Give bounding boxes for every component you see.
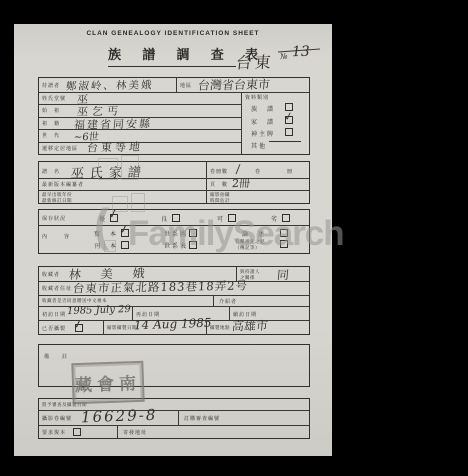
box-owner-visits: 收藏者 林 美 娥 與持譜人 之關係 同 收藏者住址 台東市正氣北路183巷18… — [38, 266, 310, 335]
collection-seal-stamp: 藏會南 — [71, 361, 144, 404]
locality-label: 地區 — [180, 82, 192, 89]
checkbox-copy-request — [73, 428, 81, 436]
material-option-family-genealogy: 家 譜 — [251, 117, 275, 126]
order-review-number-label: 訂購審查編號 — [184, 415, 220, 422]
film-roll-number-label: 攝影卷編號 — [42, 415, 72, 422]
material-option-ancestral-tablet: 神主牌 — [251, 129, 275, 138]
familysearch-watermark: FamilySearch — [128, 214, 344, 254]
microfilm-shoot-label: 縮影拍攝 — [210, 192, 230, 197]
v-divider — [178, 410, 179, 425]
surname-hall-label: 姓氏堂號 — [42, 95, 66, 102]
notes-label: 備 註 — [44, 353, 71, 360]
first-visit-date: 1985 July 29 — [67, 304, 131, 317]
first-ancestor-label: 始 祖 — [42, 107, 60, 114]
form-title-english: CLAN GENEALOGY IDENTIFICATION SHEET — [14, 30, 332, 37]
holder-label: 持譜者 — [42, 82, 60, 89]
watermark-tree-square — [131, 193, 145, 212]
material-option-other: 其他 — [251, 141, 267, 150]
checkbox-ancestral-tablet — [285, 128, 293, 136]
relation-label-line1: 與持譜人 — [240, 269, 260, 274]
h-divider — [39, 425, 309, 426]
h-divider — [39, 104, 241, 105]
watermark-tree-square — [112, 196, 128, 212]
scanned-document-stage: CLAN GENEALOGY IDENTIFICATION SHEET 族 譜 … — [0, 0, 468, 476]
migration-value: 台東等地 — [86, 139, 143, 156]
owner-address-value: 台東市正氣北路183巷18弄2号 — [72, 277, 249, 296]
owner-address-label: 收藏者住址 — [42, 285, 72, 292]
box-film-numbers: 將予審查及攝製日期 攝影卷編號 16629-8 訂購審查編號 要求復本 寄發地址 — [38, 398, 310, 439]
v-divider — [206, 162, 207, 203]
copy-request-label: 要求復本 — [42, 429, 66, 436]
material-option-clan-genealogy: 族 譜 — [251, 104, 275, 113]
sheet-region-handwritten: 台東 — [235, 50, 275, 74]
other-blank-line — [269, 141, 301, 142]
checkmark: ✓ — [72, 316, 85, 332]
first-visit-label: 初訪日期 — [42, 311, 66, 318]
owner-label: 收藏者 — [42, 271, 60, 278]
filmed-label: 已否攝製 — [42, 325, 66, 332]
earliest-edition-label: 最早出版年份 — [42, 192, 72, 197]
introducer-label: 介紹者 — [219, 298, 237, 305]
watermark-glyph-box — [98, 158, 118, 180]
volumes-label: 卷冊數 — [210, 168, 228, 175]
latest-editor-label: 最新版本編纂者 — [42, 181, 84, 188]
film-roll-number-value: 16629-8 — [81, 406, 158, 427]
film-date-label: 縮影攝製日期 — [107, 325, 137, 330]
condition-label: 保存狀況 — [42, 215, 66, 222]
ancestral-home-label: 祖 籍 — [42, 120, 60, 127]
film-place-label: 攝製地點 — [210, 325, 230, 330]
film-place-value: 高雄市 — [231, 317, 269, 335]
content-label: 內 容 — [42, 233, 75, 240]
h-divider — [39, 190, 309, 191]
relation-value: 同 — [276, 266, 290, 283]
form-title-chinese: 族 譜 調 查 表 — [108, 44, 236, 67]
v-divider — [176, 78, 177, 92]
latest-revision-label: 最新修訂日期 — [42, 198, 72, 203]
box-genealogy-title: 譜 名 巫氏家譜 卷冊數 / 卷 冊 最新版本編纂者 頁 數 2冊 最早出版年份… — [38, 161, 310, 204]
watermark-glyph-box — [121, 155, 139, 180]
watermark-tree-curve: ( — [94, 198, 109, 252]
generations-label: 世 代 — [42, 132, 60, 139]
material-type-header: 資料類別 — [245, 94, 269, 101]
v-divider — [213, 295, 214, 306]
v-divider — [103, 320, 104, 334]
volumes-unit-ce: 冊 — [287, 168, 293, 175]
sheet-no-handwritten: 13 — [292, 44, 310, 61]
sheet-no-prefix: № — [280, 52, 288, 61]
film-date-value: 14 Aug 1985 — [134, 316, 212, 333]
genealogy-title-label: 譜 名 — [42, 168, 60, 175]
checkmark: ✓ — [283, 109, 295, 124]
box-identification: 持譜者 鄭淑岭、林美娥 地區 台灣省台東市 姓氏堂號 巫 始 祖 巫乞丐 祖 籍… — [38, 77, 310, 155]
pages-value: 2冊 — [231, 175, 250, 191]
time-estimate-label: 時間估計 — [210, 198, 230, 203]
h-divider — [39, 410, 309, 411]
pages-label: 頁 數 — [210, 181, 228, 188]
locality-value: 台灣省台東市 — [197, 75, 271, 93]
v-divider — [229, 306, 230, 320]
volumes-value: / — [235, 162, 240, 176]
migration-label: 遷移定居地區 — [42, 145, 78, 152]
volumes-unit-juan: 卷 — [255, 168, 261, 175]
v-divider — [241, 92, 242, 154]
v-divider — [117, 425, 118, 438]
consent-label: 收藏者是否同意贈送中文複本 — [42, 298, 107, 303]
mailing-address-label: 寄發地址 — [123, 429, 147, 436]
